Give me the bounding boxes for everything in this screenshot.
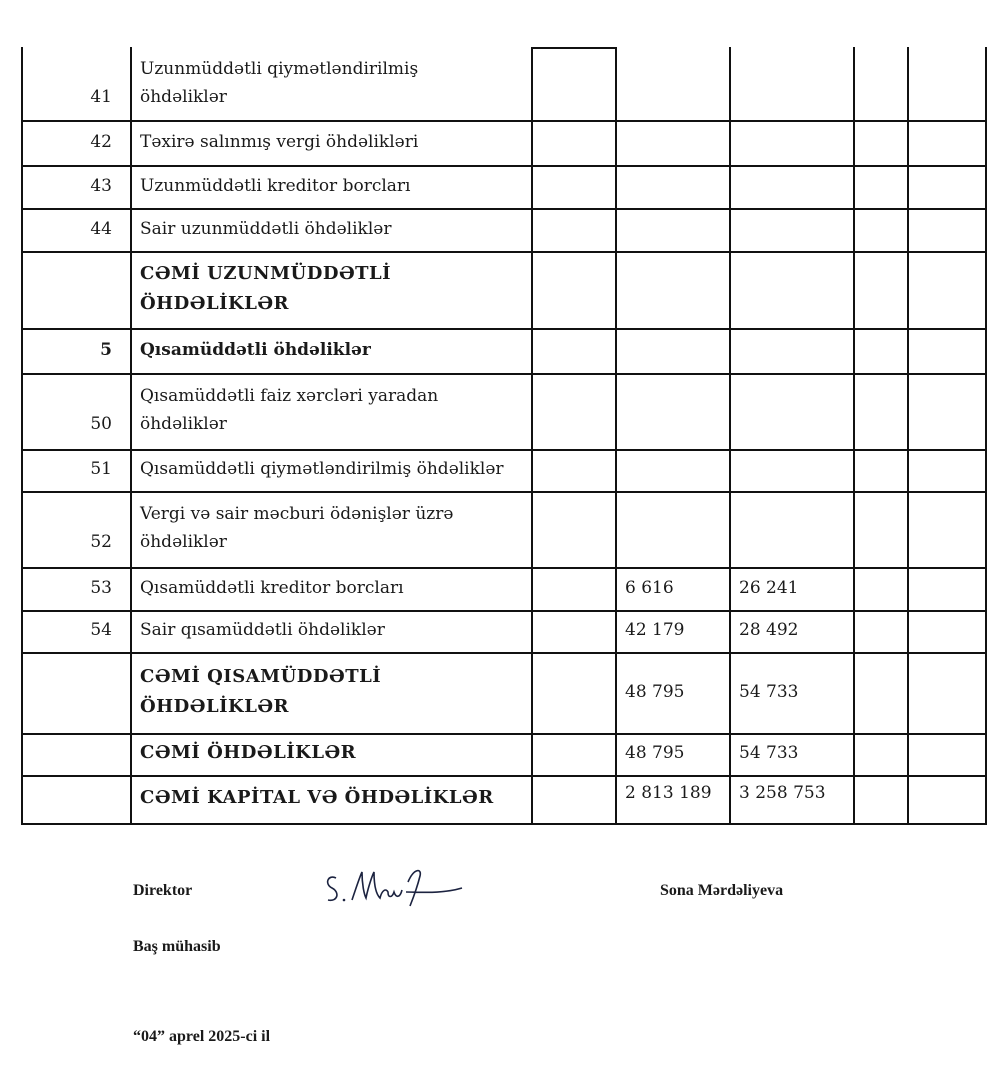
director-signature-icon	[322, 862, 472, 910]
row-value-col-1: 6 616	[625, 574, 674, 602]
row-value-col-2: 54 733	[739, 678, 798, 706]
row-account-name-line: öhdəliklər	[140, 410, 530, 438]
row-code: 42	[22, 128, 112, 156]
row-account-name: Qısamüddətli öhdəliklər	[140, 336, 530, 364]
director-name: Sona Mərdəliyeva	[660, 882, 783, 900]
row-value-col-1: 2 813 189	[625, 779, 712, 807]
row-account-name-line: Təxirə salınmış vergi öhdəlikləri	[140, 128, 530, 156]
row-account-name-line: ÖHDƏLİKLƏR	[140, 289, 530, 319]
table-row-border	[21, 610, 987, 612]
row-value-col-1: 48 795	[625, 678, 684, 706]
row-account-name: Qısamüddətli qiymətləndirilmiş öhdəliklə…	[140, 455, 530, 483]
table-row-border	[21, 120, 987, 122]
row-code: 53	[22, 574, 112, 602]
table-row-border	[21, 328, 987, 330]
row-value-col-2: 3 258 753	[739, 779, 826, 807]
row-account-name-line: öhdəliklər	[140, 83, 530, 111]
table-row-border	[21, 652, 987, 654]
director-label: Direktor	[133, 882, 192, 900]
row-code: 51	[22, 455, 112, 483]
row-code: 41	[22, 83, 112, 111]
row-account-name-line: Uzunmüddətli kreditor borcları	[140, 172, 530, 200]
table-row-border	[21, 775, 987, 777]
table-top-border	[531, 47, 615, 49]
row-account-name-line: Uzunmüddətli qiymətləndirilmiş	[140, 55, 530, 83]
balance-sheet-page: Uzunmüddətli qiymətləndirilmişöhdəliklər…	[0, 0, 1000, 1081]
row-account-name-line: Sair uzunmüddətli öhdəliklər	[140, 215, 530, 243]
table-column-border	[615, 47, 617, 823]
row-account-name-line: CƏMİ ÖHDƏLİKLƏR	[140, 738, 530, 768]
row-account-name: Uzunmüddətli qiymətləndirilmişöhdəliklər	[140, 55, 530, 111]
row-account-name: CƏMİ QISAMÜDDƏTLİÖHDƏLİKLƏR	[140, 662, 530, 722]
table-row-border	[21, 567, 987, 569]
row-value-col-1: 42 179	[625, 616, 684, 644]
report-date: “04” aprel 2025-ci il	[133, 1028, 270, 1046]
row-code: 44	[22, 215, 112, 243]
row-code: 43	[22, 172, 112, 200]
table-column-border	[907, 47, 909, 823]
row-code: 5	[22, 336, 112, 364]
row-account-name: CƏMİ UZUNMÜDDƏTLİÖHDƏLİKLƏR	[140, 259, 530, 319]
table-row-border	[21, 733, 987, 735]
row-account-name-line: CƏMİ KAPİTAL VƏ ÖHDƏLİKLƏR	[140, 783, 530, 813]
row-account-name: Vergi və sair məcburi ödənişlər üzrəöhdə…	[140, 500, 530, 556]
table-row-border	[21, 823, 987, 825]
row-value-col-2: 28 492	[739, 616, 798, 644]
row-code: 52	[22, 528, 112, 556]
row-account-name-line: Vergi və sair məcburi ödənişlər üzrə	[140, 500, 530, 528]
row-account-name-line: Qısamüddətli faiz xərcləri yaradan	[140, 382, 530, 410]
table-column-border	[853, 47, 855, 823]
row-account-name: CƏMİ KAPİTAL VƏ ÖHDƏLİKLƏR	[140, 783, 530, 813]
row-value-col-1: 48 795	[625, 739, 684, 767]
table-row-border	[21, 373, 987, 375]
row-code: 50	[22, 410, 112, 438]
table-row-border	[21, 208, 987, 210]
row-value-col-2: 54 733	[739, 739, 798, 767]
row-account-name-line: Qısamüddətli kreditor borcları	[140, 574, 530, 602]
table-column-border	[729, 47, 731, 823]
row-account-name-line: CƏMİ UZUNMÜDDƏTLİ	[140, 259, 530, 289]
row-code: 54	[22, 616, 112, 644]
row-account-name-line: CƏMİ QISAMÜDDƏTLİ	[140, 662, 530, 692]
row-account-name: Sair qısamüddətli öhdəliklər	[140, 616, 530, 644]
table-row-border	[21, 165, 987, 167]
chief-accountant-label: Baş mühasib	[133, 938, 221, 956]
row-account-name: Təxirə salınmış vergi öhdəlikləri	[140, 128, 530, 156]
table-column-border	[130, 47, 132, 823]
row-account-name-line: Qısamüddətli öhdəliklər	[140, 336, 530, 364]
row-account-name: Uzunmüddətli kreditor borcları	[140, 172, 530, 200]
table-row-border	[21, 491, 987, 493]
row-value-col-2: 26 241	[739, 574, 798, 602]
row-account-name: Sair uzunmüddətli öhdəliklər	[140, 215, 530, 243]
table-column-border	[985, 47, 987, 823]
table-row-border	[21, 251, 987, 253]
table-row-border	[21, 449, 987, 451]
table-column-border	[531, 47, 533, 823]
row-account-name: CƏMİ ÖHDƏLİKLƏR	[140, 738, 530, 768]
row-account-name: Qısamüddətli kreditor borcları	[140, 574, 530, 602]
row-account-name-line: Sair qısamüddətli öhdəliklər	[140, 616, 530, 644]
row-account-name: Qısamüddətli faiz xərcləri yaradanöhdəli…	[140, 382, 530, 438]
row-account-name-line: Qısamüddətli qiymətləndirilmiş öhdəliklə…	[140, 455, 530, 483]
row-account-name-line: ÖHDƏLİKLƏR	[140, 692, 530, 722]
row-account-name-line: öhdəliklər	[140, 528, 530, 556]
